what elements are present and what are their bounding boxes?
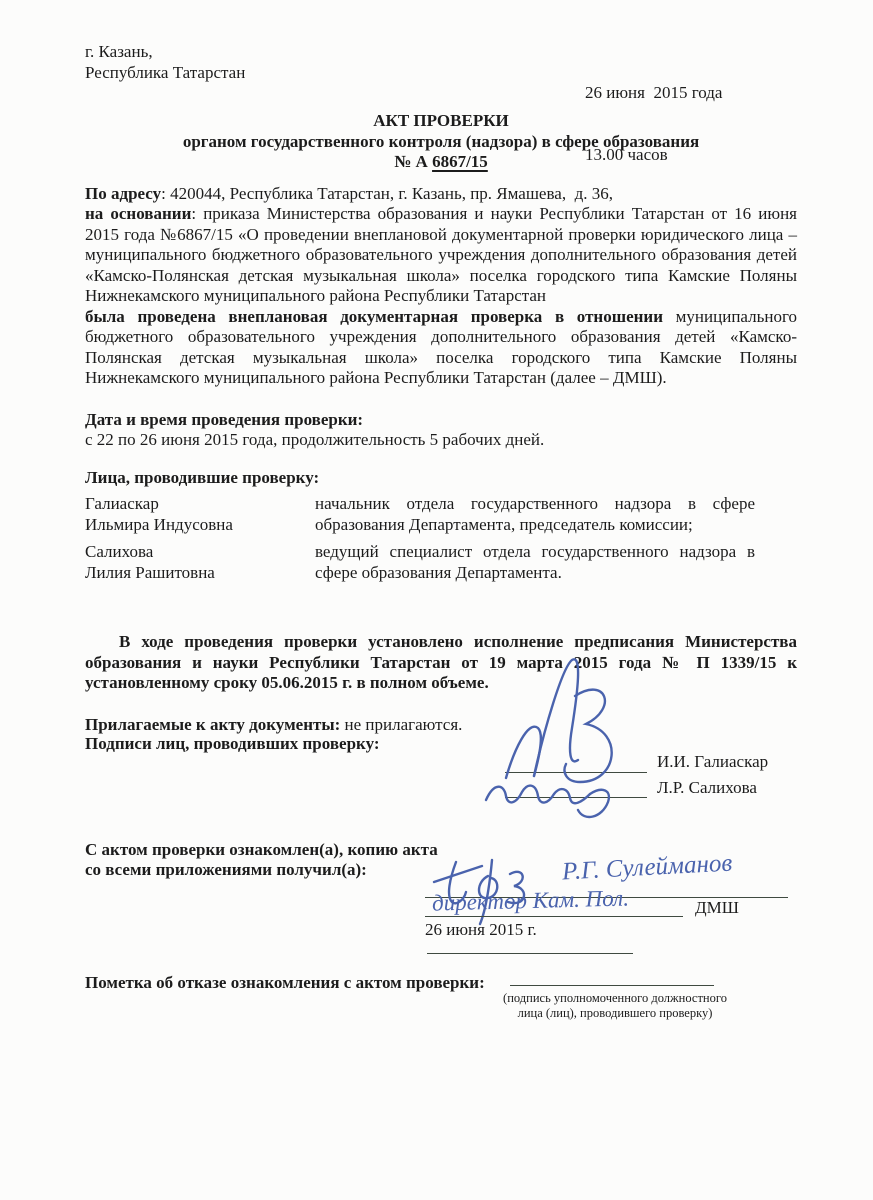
signature-line bbox=[505, 797, 647, 798]
document-page: г. Казань, Республика Татарстан 26 июня … bbox=[0, 0, 873, 1200]
title-number-prefix: № А bbox=[394, 152, 432, 171]
basis-text: : приказа Министерства образования и нау… bbox=[85, 204, 797, 305]
person-name: Галиаскар Ильмира Индусовна bbox=[85, 494, 315, 535]
person-role: ведущий специалист отдела государственно… bbox=[315, 542, 755, 583]
document-body: г. Казань, Республика Татарстан 26 июня … bbox=[85, 42, 797, 735]
basis-label: на основании bbox=[85, 204, 191, 223]
refusal-label: Пометка об отказе ознакомления с актом п… bbox=[85, 973, 485, 994]
header-datetime: 26 июня 2015 года 13.00 часов bbox=[585, 42, 722, 206]
person-given-name: Ильмира Индусовна bbox=[85, 515, 315, 536]
signer-name: И.И. Галиаскар bbox=[657, 752, 768, 773]
address-label: По адресу bbox=[85, 184, 161, 203]
empty-line bbox=[427, 953, 633, 954]
document-header: г. Казань, Республика Татарстан 26 июня … bbox=[85, 42, 797, 97]
attachments-text: не прилагаются. bbox=[340, 715, 462, 734]
person-name: Салихова Лилия Рашитовна bbox=[85, 542, 315, 583]
address-text: : 420044, Республика Татарстан, г. Казан… bbox=[161, 184, 613, 203]
signer-name: Л.Р. Салихова bbox=[657, 778, 757, 799]
acknowledgement-date: 26 июня 2015 г. bbox=[425, 920, 537, 941]
person-role: начальник отдела государственного надзор… bbox=[315, 494, 755, 535]
title-number-value: 6867/15 bbox=[432, 152, 488, 171]
signature-line bbox=[505, 772, 647, 773]
findings-paragraph: В ходе проведения проверки установлено и… bbox=[85, 632, 797, 694]
attachments-line: Прилагаемые к акту документы: не прилага… bbox=[85, 715, 797, 736]
attachments-label: Прилагаемые к акту документы: bbox=[85, 715, 340, 734]
date-section: Дата и время проведения проверки: с 22 п… bbox=[85, 410, 797, 451]
header-time: 13.00 часов bbox=[585, 145, 722, 166]
person-row: Салихова Лилия Рашитовна ведущий специал… bbox=[85, 542, 797, 583]
persons-section: Лица, проводившие проверку: Галиаскар Ил… bbox=[85, 468, 797, 584]
acknowledgement-line2: со всеми приложениями получил(а): bbox=[85, 860, 367, 881]
person-surname: Салихова bbox=[85, 542, 315, 563]
conducted-paragraph: была проведена внеплановая документарная… bbox=[85, 307, 797, 389]
person-given-name: Лилия Рашитовна bbox=[85, 563, 315, 584]
acknowledgement-role-line bbox=[425, 916, 683, 917]
acknowledgement-org: ДМШ bbox=[695, 898, 739, 919]
refusal-caption: (подпись уполномоченного должностного ли… bbox=[490, 991, 740, 1021]
date-section-text: с 22 по 26 июня 2015 года, продолжительн… bbox=[85, 430, 797, 451]
persons-heading: Лица, проводившие проверку: bbox=[85, 468, 797, 489]
basis-paragraph: на основании: приказа Министерства образ… bbox=[85, 204, 797, 307]
header-date: 26 июня 2015 года bbox=[585, 83, 722, 104]
handwritten-name: Р.Г. Сулейманов bbox=[562, 854, 733, 883]
refusal-signature-line bbox=[510, 985, 714, 986]
date-section-heading: Дата и время проведения проверки: bbox=[85, 410, 797, 431]
person-surname: Галиаскар bbox=[85, 494, 315, 515]
refusal-caption-line2: лица (лиц), проводившего проверку) bbox=[490, 1006, 740, 1021]
acknowledgement-line1: С актом проверки ознакомлен(а), копию ак… bbox=[85, 840, 438, 861]
person-row: Галиаскар Ильмира Индусовна начальник от… bbox=[85, 494, 797, 535]
refusal-caption-line1: (подпись уполномоченного должностного bbox=[490, 991, 740, 1006]
handwritten-role: директор Кам. Пол. bbox=[432, 888, 629, 914]
signatures-heading: Подписи лиц, проводивших проверку: bbox=[85, 734, 380, 755]
conducted-label: была проведена внеплановая документарная… bbox=[85, 307, 663, 326]
